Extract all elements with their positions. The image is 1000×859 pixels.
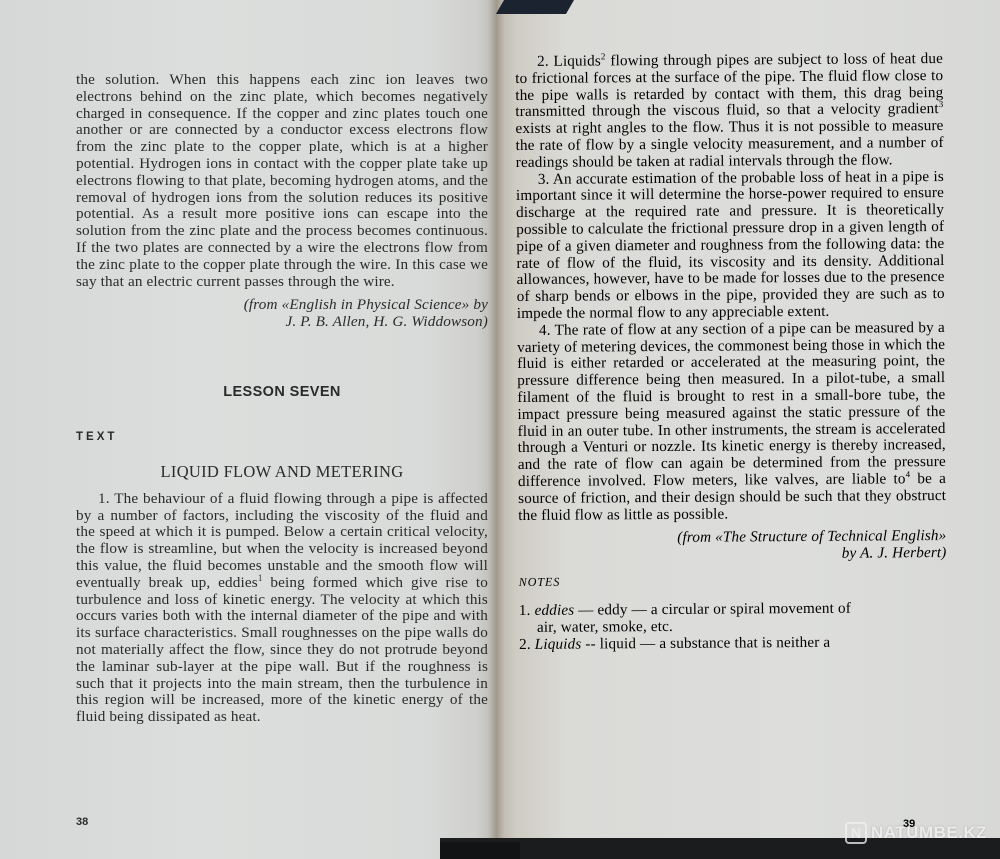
book-cover-edge-top (496, 0, 574, 14)
right-citation: (from «The Structure of Technical Englis… (518, 527, 946, 564)
note-number: 1. (519, 602, 531, 619)
left-page-text-column: the solution. When this happens each zin… (76, 72, 488, 726)
left-page: the solution. When this happens each zin… (0, 0, 496, 859)
paragraph-2-part-c: exists at right angles to the flow. Thus… (515, 117, 943, 171)
paragraph-3: 3. An accurate estimation of the probabl… (516, 169, 945, 323)
note-item: 1. eddies — eddy — a circular or spiral … (519, 600, 947, 637)
watermark-text: NATUMBE.KZ (871, 823, 987, 843)
paragraph-1: 1. The behaviour of a fluid flowing thro… (76, 491, 488, 726)
left-citation-line1: (from «English in Physical Science» by (76, 296, 488, 313)
footnote-mark-3: 3 (939, 99, 944, 109)
note-definition: -- liquid — a substance that is neither … (581, 634, 830, 653)
paragraph-4-part-a: 4. The rate of flow at any section of a … (517, 319, 946, 490)
paragraph-4: 4. The rate of flow at any section of a … (517, 320, 946, 525)
left-page-number: 38 (76, 816, 88, 828)
lesson-title: LESSON SEVEN (76, 384, 488, 401)
open-book-photo: the solution. When this happens each zin… (0, 0, 1000, 859)
watermark-logo-icon: N (845, 822, 867, 844)
note-term: eddies (534, 602, 574, 619)
right-page-text-column: 2. Liquids2 flowing through pipes are su… (515, 51, 947, 653)
book-cover-edge-shadow (440, 842, 520, 859)
watermark: N NATUMBE.KZ (845, 822, 987, 844)
paragraph-1-part-b: being formed which give rise to turbulen… (76, 574, 488, 725)
note-item: 2. Liquids -- liquid — a substance that … (519, 634, 947, 654)
notes-label: NOTES (519, 571, 947, 591)
notes-list: 1. eddies — eddy — a circular or spiral … (519, 600, 947, 653)
book-spine-shadow (488, 0, 504, 859)
left-citation-line2: J. P. B. Allen, H. G. Widdowson) (76, 313, 488, 330)
paragraph-2: 2. Liquids2 flowing through pipes are su… (515, 51, 944, 172)
note-definition: — eddy — a circular or spiral movement o… (574, 600, 851, 619)
note-number: 2. (519, 636, 531, 653)
paragraph-2-part-a: 2. Liquids (537, 52, 601, 69)
note-term: Liquids (535, 635, 582, 652)
continuation-paragraph: the solution. When this happens each zin… (76, 72, 488, 290)
left-citation: (from «English in Physical Science» by J… (76, 296, 488, 330)
right-citation-line2: by A. J. Herbert) (518, 544, 946, 564)
section-label: TEXT (76, 429, 488, 446)
text-title: LIQUID FLOW AND METERING (76, 464, 488, 481)
